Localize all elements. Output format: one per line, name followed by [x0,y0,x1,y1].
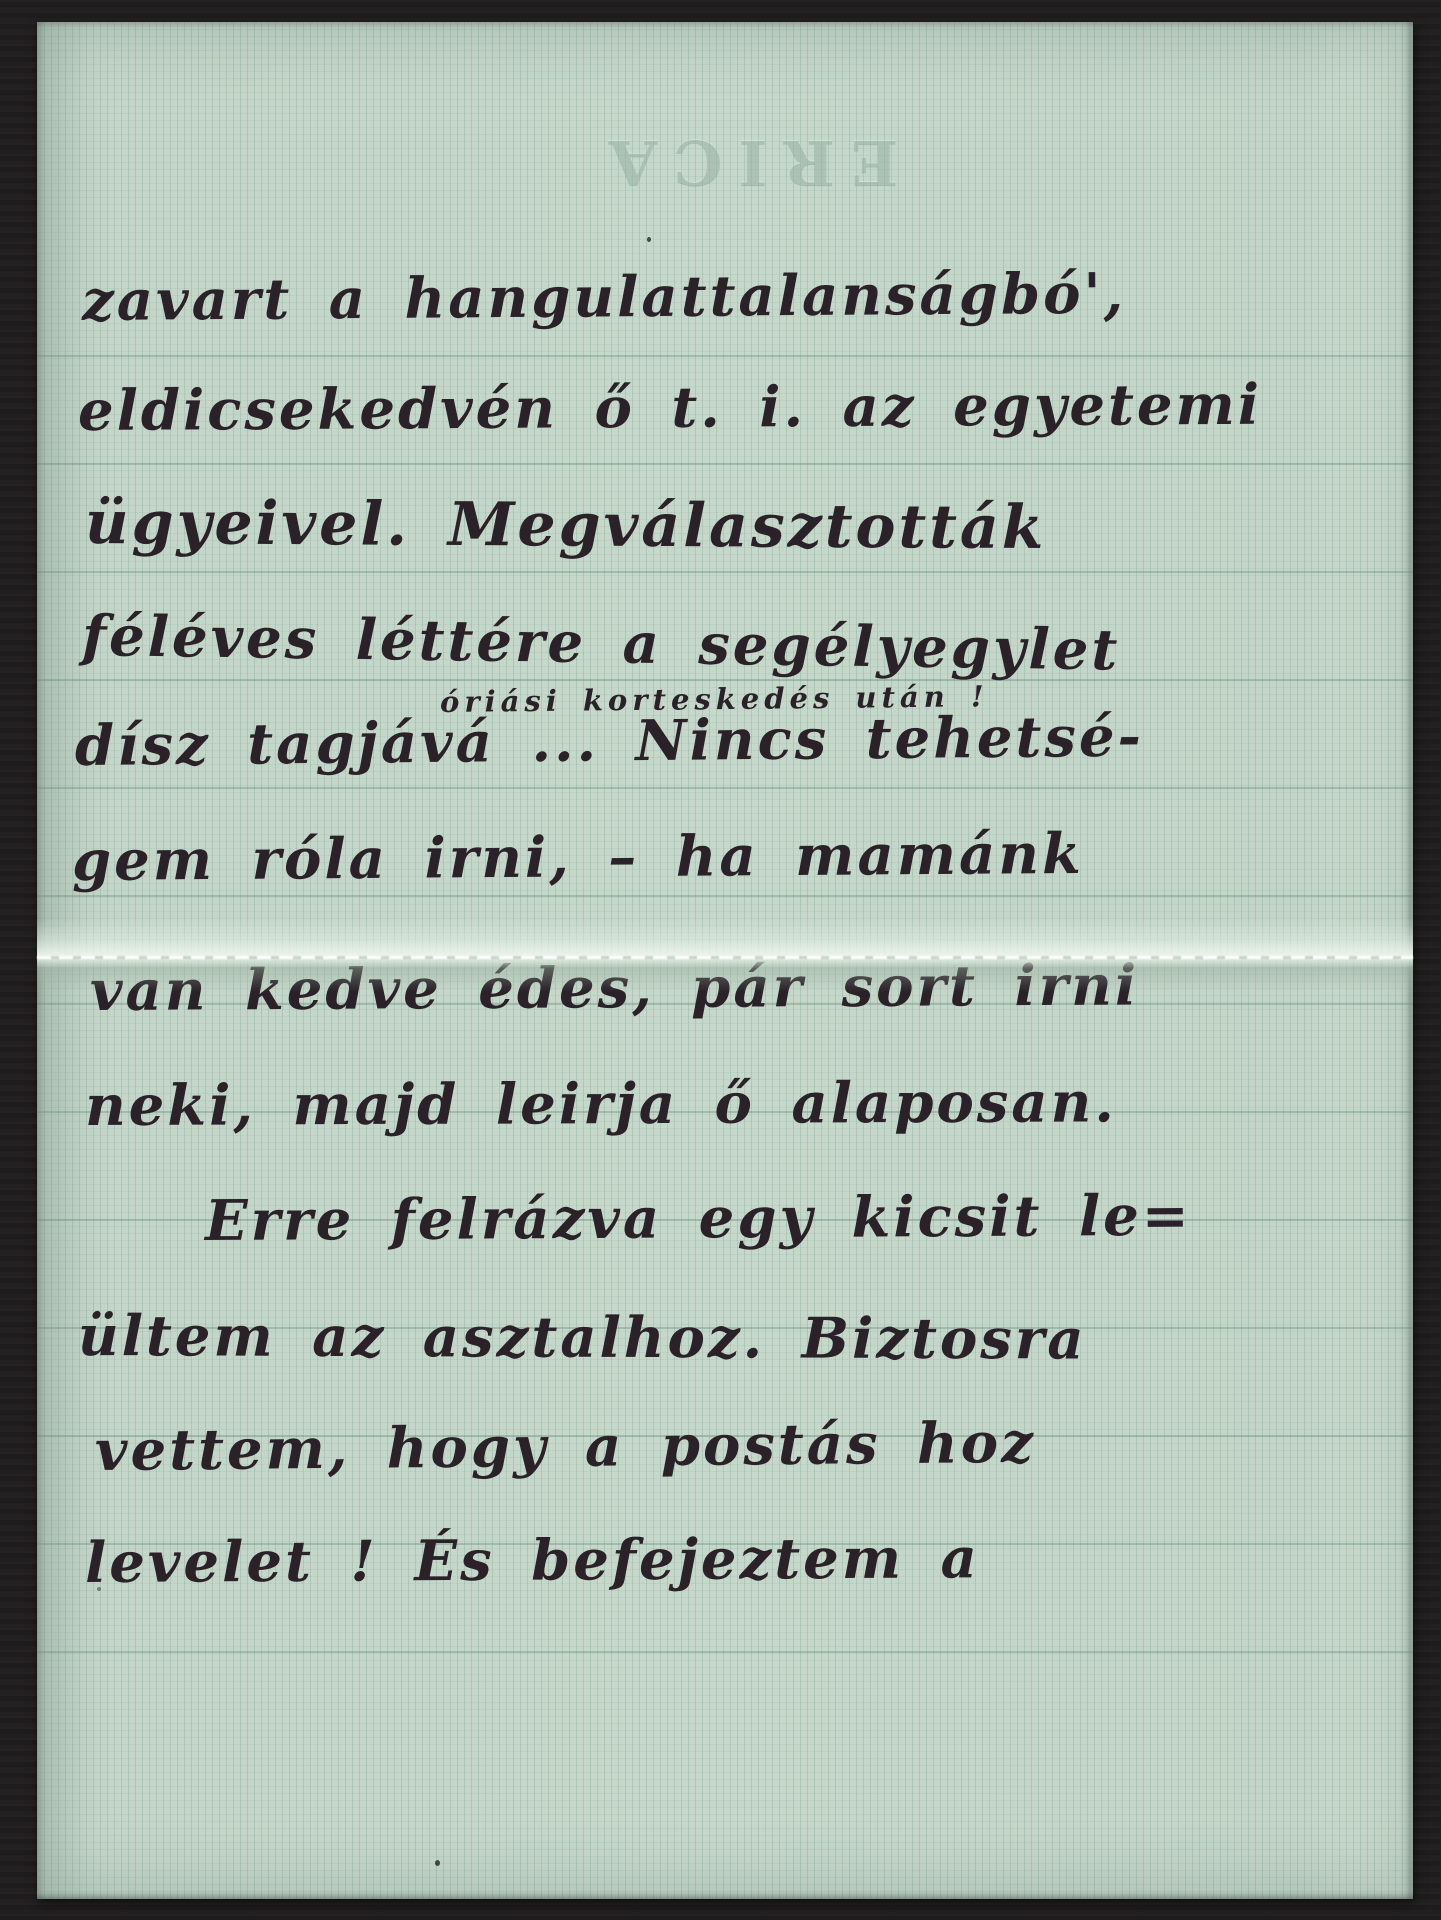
handwritten-line: ültem az asztalhoz. Biztosra [78,1303,1087,1373]
handwritten-line: zavart a hangulattalanságbó', [82,261,1127,334]
handwritten-line: vettem, hogy a postás hoz [95,1410,1036,1484]
handwritten-line: gem róla irni, – ha mamánk [72,821,1084,894]
handwritten-line: neki, majd leirja ő alaposan. [85,1069,1117,1139]
handwritten-line: Erre felrázva egy kicsit le= [205,1183,1192,1254]
ink-speck [647,237,651,242]
handwritten-line: ügyeivel. Megválasztották [85,488,1047,563]
handwritten-line: van kedve édes, pár sort irni [90,953,1140,1024]
watermark-text: ERICA [593,126,898,199]
handwritten-line: eldicsekedvén ő t. i. az egyetemi [78,372,1262,444]
letter-page: ERICA zavart a hangulattalanságbó', eldi… [37,22,1413,1899]
handwritten-line: levelet ! És befejeztem a [85,1525,980,1596]
handwritten-line: féléves léttére a segélyegylet [82,603,1121,683]
handwritten-line: dísz tagjává ... Nincs tehetsé- [75,704,1144,779]
ink-speck [435,1860,440,1866]
